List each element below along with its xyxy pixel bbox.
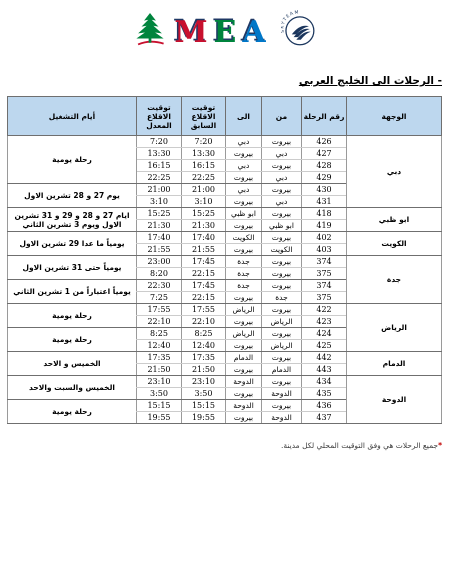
previous-time-cell: 15:25 [182,208,226,220]
flight-row: الدوحة434بيروتالدوحة23:1023:10الخميس وال… [8,376,442,388]
to-cell: جدة [226,268,262,280]
cedar-tree-icon [133,12,167,48]
flight-number-cell: 418 [302,208,347,220]
mea-wordmark: MEA [174,18,271,48]
flight-number-cell: 427 [302,148,347,160]
to-cell: بيروت [226,316,262,328]
to-cell: بيروت [226,220,262,232]
flight-row: الرياض422بيروتالرياض17:5517:55رحلة يومية [8,304,442,316]
from-cell: جدة [262,292,302,304]
previous-time-cell: 21:50 [182,364,226,376]
from-cell: الدوحة [262,412,302,424]
new-time-cell: 21:55 [137,244,182,256]
previous-time-cell: 7:20 [182,136,226,148]
previous-time-cell: 3:10 [182,196,226,208]
previous-time-cell: 12:40 [182,340,226,352]
from-cell: بيروت [262,256,302,268]
header-new-time: توقيت الاقلاع المعدل [137,97,182,136]
new-time-cell: 22:10 [137,316,182,328]
destination-cell: الدوحة [347,376,442,424]
new-time-cell: 3:50 [137,388,182,400]
new-time-cell: 17:55 [137,304,182,316]
previous-time-cell: 23:10 [182,376,226,388]
to-cell: بيروت [226,340,262,352]
from-cell: بيروت [262,304,302,316]
header-previous-time: توقيت الاقلاع السابق [182,97,226,136]
new-time-cell: 19:55 [137,412,182,424]
flight-number-cell: 436 [302,400,347,412]
destination-cell: جدة [347,256,442,304]
header-days: أيام التشغيل [8,97,137,136]
to-cell: الرياض [226,328,262,340]
previous-time-cell: 13:30 [182,148,226,160]
flight-row: الدمام442بيروتالدمام17:3517:35الخميس و ا… [8,352,442,364]
to-cell: بيروت [226,412,262,424]
from-cell: بيروت [262,208,302,220]
previous-time-cell: 21:55 [182,244,226,256]
from-cell: بيروت [262,328,302,340]
destination-cell: الرياض [347,304,442,352]
new-time-cell: 15:15 [137,400,182,412]
previous-time-cell: 17:35 [182,352,226,364]
footnote-text: جميع الرحلات هي وفق التوقيت المحلي لكل م… [281,441,438,450]
from-cell: الدمام [262,364,302,376]
days-cell: يومياً حتى 31 تشرين الاول [8,256,137,280]
from-cell: بيروت [262,160,302,172]
new-time-cell: 13:30 [137,148,182,160]
previous-time-cell: 3:50 [182,388,226,400]
previous-time-cell: 17:40 [182,232,226,244]
mea-logo: MEA SKYTEAM [0,0,450,48]
previous-time-cell: 22:10 [182,316,226,328]
new-time-cell: 7:20 [137,136,182,148]
new-time-cell: 17:35 [137,352,182,364]
flight-number-cell: 437 [302,412,347,424]
destination-cell: ابو ظبي [347,208,442,232]
to-cell: دبي [226,184,262,196]
from-cell: ابو ظبي [262,220,302,232]
days-cell: الخميس و الاحد [8,352,137,376]
flight-number-cell: 429 [302,172,347,184]
new-time-cell: 8:25 [137,328,182,340]
to-cell: بيروت [226,292,262,304]
previous-time-cell: 19:55 [182,412,226,424]
from-cell: دبي [262,148,302,160]
table-header-row: الوجهة رقم الرحلة من الى توقيت الاقلاع ا… [8,97,442,136]
from-cell: الرياض [262,316,302,328]
to-cell: دبي [226,136,262,148]
from-cell: الكويت [262,244,302,256]
header-to: الى [226,97,262,136]
days-cell: ايام 27 و 28 و 29 و 31 تشرين الاول ويوم … [8,208,137,232]
flight-number-cell: 431 [302,196,347,208]
flight-number-cell: 374 [302,256,347,268]
footnote: *جميع الرحلات هي وفق التوقيت المحلي لكل … [0,441,450,450]
days-cell: الخميس والسبت والاحد [8,376,137,400]
to-cell: الكويت [226,232,262,244]
from-cell: بيروت [262,376,302,388]
new-time-cell: 21:50 [137,364,182,376]
from-cell: بيروت [262,184,302,196]
from-cell: بيروت [262,136,302,148]
to-cell: الدوحة [226,376,262,388]
footnote-asterisk: * [438,441,442,450]
to-cell: دبي [226,160,262,172]
header-flight-number: رقم الرحلة [302,97,347,136]
flight-number-cell: 375 [302,292,347,304]
new-time-cell: 16:15 [137,160,182,172]
flight-number-cell: 434 [302,376,347,388]
from-cell: الرياض [262,340,302,352]
to-cell: الرياض [226,304,262,316]
to-cell: بيروت [226,196,262,208]
flight-number-cell: 423 [302,316,347,328]
new-time-cell: 7:25 [137,292,182,304]
to-cell: بيروت [226,364,262,376]
to-cell: جدة [226,280,262,292]
flight-number-cell: 430 [302,184,347,196]
flight-number-cell: 425 [302,340,347,352]
days-cell: رحلة يومية [8,136,137,184]
days-cell: يومياً ما عدا 29 تشرين الاول [8,232,137,256]
mea-letter: M [174,15,213,50]
to-cell: بيروت [226,172,262,184]
from-cell: دبي [262,196,302,208]
flight-number-cell: 424 [302,328,347,340]
flight-number-cell: 428 [302,160,347,172]
new-time-cell: 17:40 [137,232,182,244]
new-time-cell: 23:00 [137,256,182,268]
flight-number-cell: 442 [302,352,347,364]
previous-time-cell: 22:25 [182,172,226,184]
header-from: من [262,97,302,136]
page-title: - الرحلات الى الخليج العربي [0,75,450,87]
new-time-cell: 22:25 [137,172,182,184]
new-time-cell: 23:10 [137,376,182,388]
from-cell: بيروت [262,232,302,244]
destination-cell: دبي [347,136,442,208]
new-time-cell: 3:10 [137,196,182,208]
previous-time-cell: 22:15 [182,268,226,280]
previous-time-cell: 15:15 [182,400,226,412]
new-time-cell: 22:30 [137,280,182,292]
new-time-cell: 12:40 [137,340,182,352]
previous-time-cell: 8:25 [182,328,226,340]
to-cell: بيروت [226,388,262,400]
flights-tbody: دبي426بيروتدبي7:207:20رحلة يومية427دبيبي… [8,136,442,424]
flight-number-cell: 422 [302,304,347,316]
previous-time-cell: 17:55 [182,304,226,316]
skyteam-icon: SKYTEAM [281,10,317,48]
to-cell: جدة [226,256,262,268]
new-time-cell: 8:20 [137,268,182,280]
flight-number-cell: 403 [302,244,347,256]
previous-time-cell: 17:45 [182,256,226,268]
days-cell: رحلة يومية [8,328,137,352]
flight-number-cell: 443 [302,364,347,376]
flight-number-cell: 375 [302,268,347,280]
mea-letter: E [214,15,243,50]
mea-letter: A [242,15,271,50]
flight-row: دبي426بيروتدبي7:207:20رحلة يومية [8,136,442,148]
from-cell: بيروت [262,400,302,412]
to-cell: بيروت [226,244,262,256]
days-cell: رحلة يومية [8,400,137,424]
previous-time-cell: 22:15 [182,292,226,304]
previous-time-cell: 21:00 [182,184,226,196]
flight-row: جدة374بيروتجدة17:4523:00يومياً حتى 31 تش… [8,256,442,268]
days-cell: يوم 27 و 28 تشرين الاول [8,184,137,208]
to-cell: الدمام [226,352,262,364]
destination-cell: الكويت [347,232,442,256]
previous-time-cell: 21:30 [182,220,226,232]
flight-row: ابو ظبي418بيروتابو ظبي15:2515:25ايام 27 … [8,208,442,220]
new-time-cell: 15:25 [137,208,182,220]
flight-number-cell: 402 [302,232,347,244]
new-time-cell: 21:00 [137,184,182,196]
from-cell: بيروت [262,268,302,280]
from-cell: بيروت [262,352,302,364]
from-cell: الدوحة [262,388,302,400]
days-cell: يومياً اعتباراً من 1 تشرين الثاني [8,280,137,304]
flight-number-cell: 435 [302,388,347,400]
flight-number-cell: 419 [302,220,347,232]
previous-time-cell: 16:15 [182,160,226,172]
previous-time-cell: 17:45 [182,280,226,292]
to-cell: الدوحة [226,400,262,412]
flights-table: الوجهة رقم الرحلة من الى توقيت الاقلاع ا… [7,96,442,424]
document-page: MEA SKYTEAM - الرحلات الى الخليج العربي … [0,0,450,583]
flight-number-cell: 426 [302,136,347,148]
from-cell: دبي [262,172,302,184]
days-cell: رحلة يومية [8,304,137,328]
flight-number-cell: 374 [302,280,347,292]
header-destination: الوجهة [347,97,442,136]
new-time-cell: 21:30 [137,220,182,232]
from-cell: بيروت [262,280,302,292]
to-cell: ابو ظبي [226,208,262,220]
flight-row: الكويت402بيروتالكويت17:4017:40يومياً ما … [8,232,442,244]
destination-cell: الدمام [347,352,442,376]
to-cell: بيروت [226,148,262,160]
